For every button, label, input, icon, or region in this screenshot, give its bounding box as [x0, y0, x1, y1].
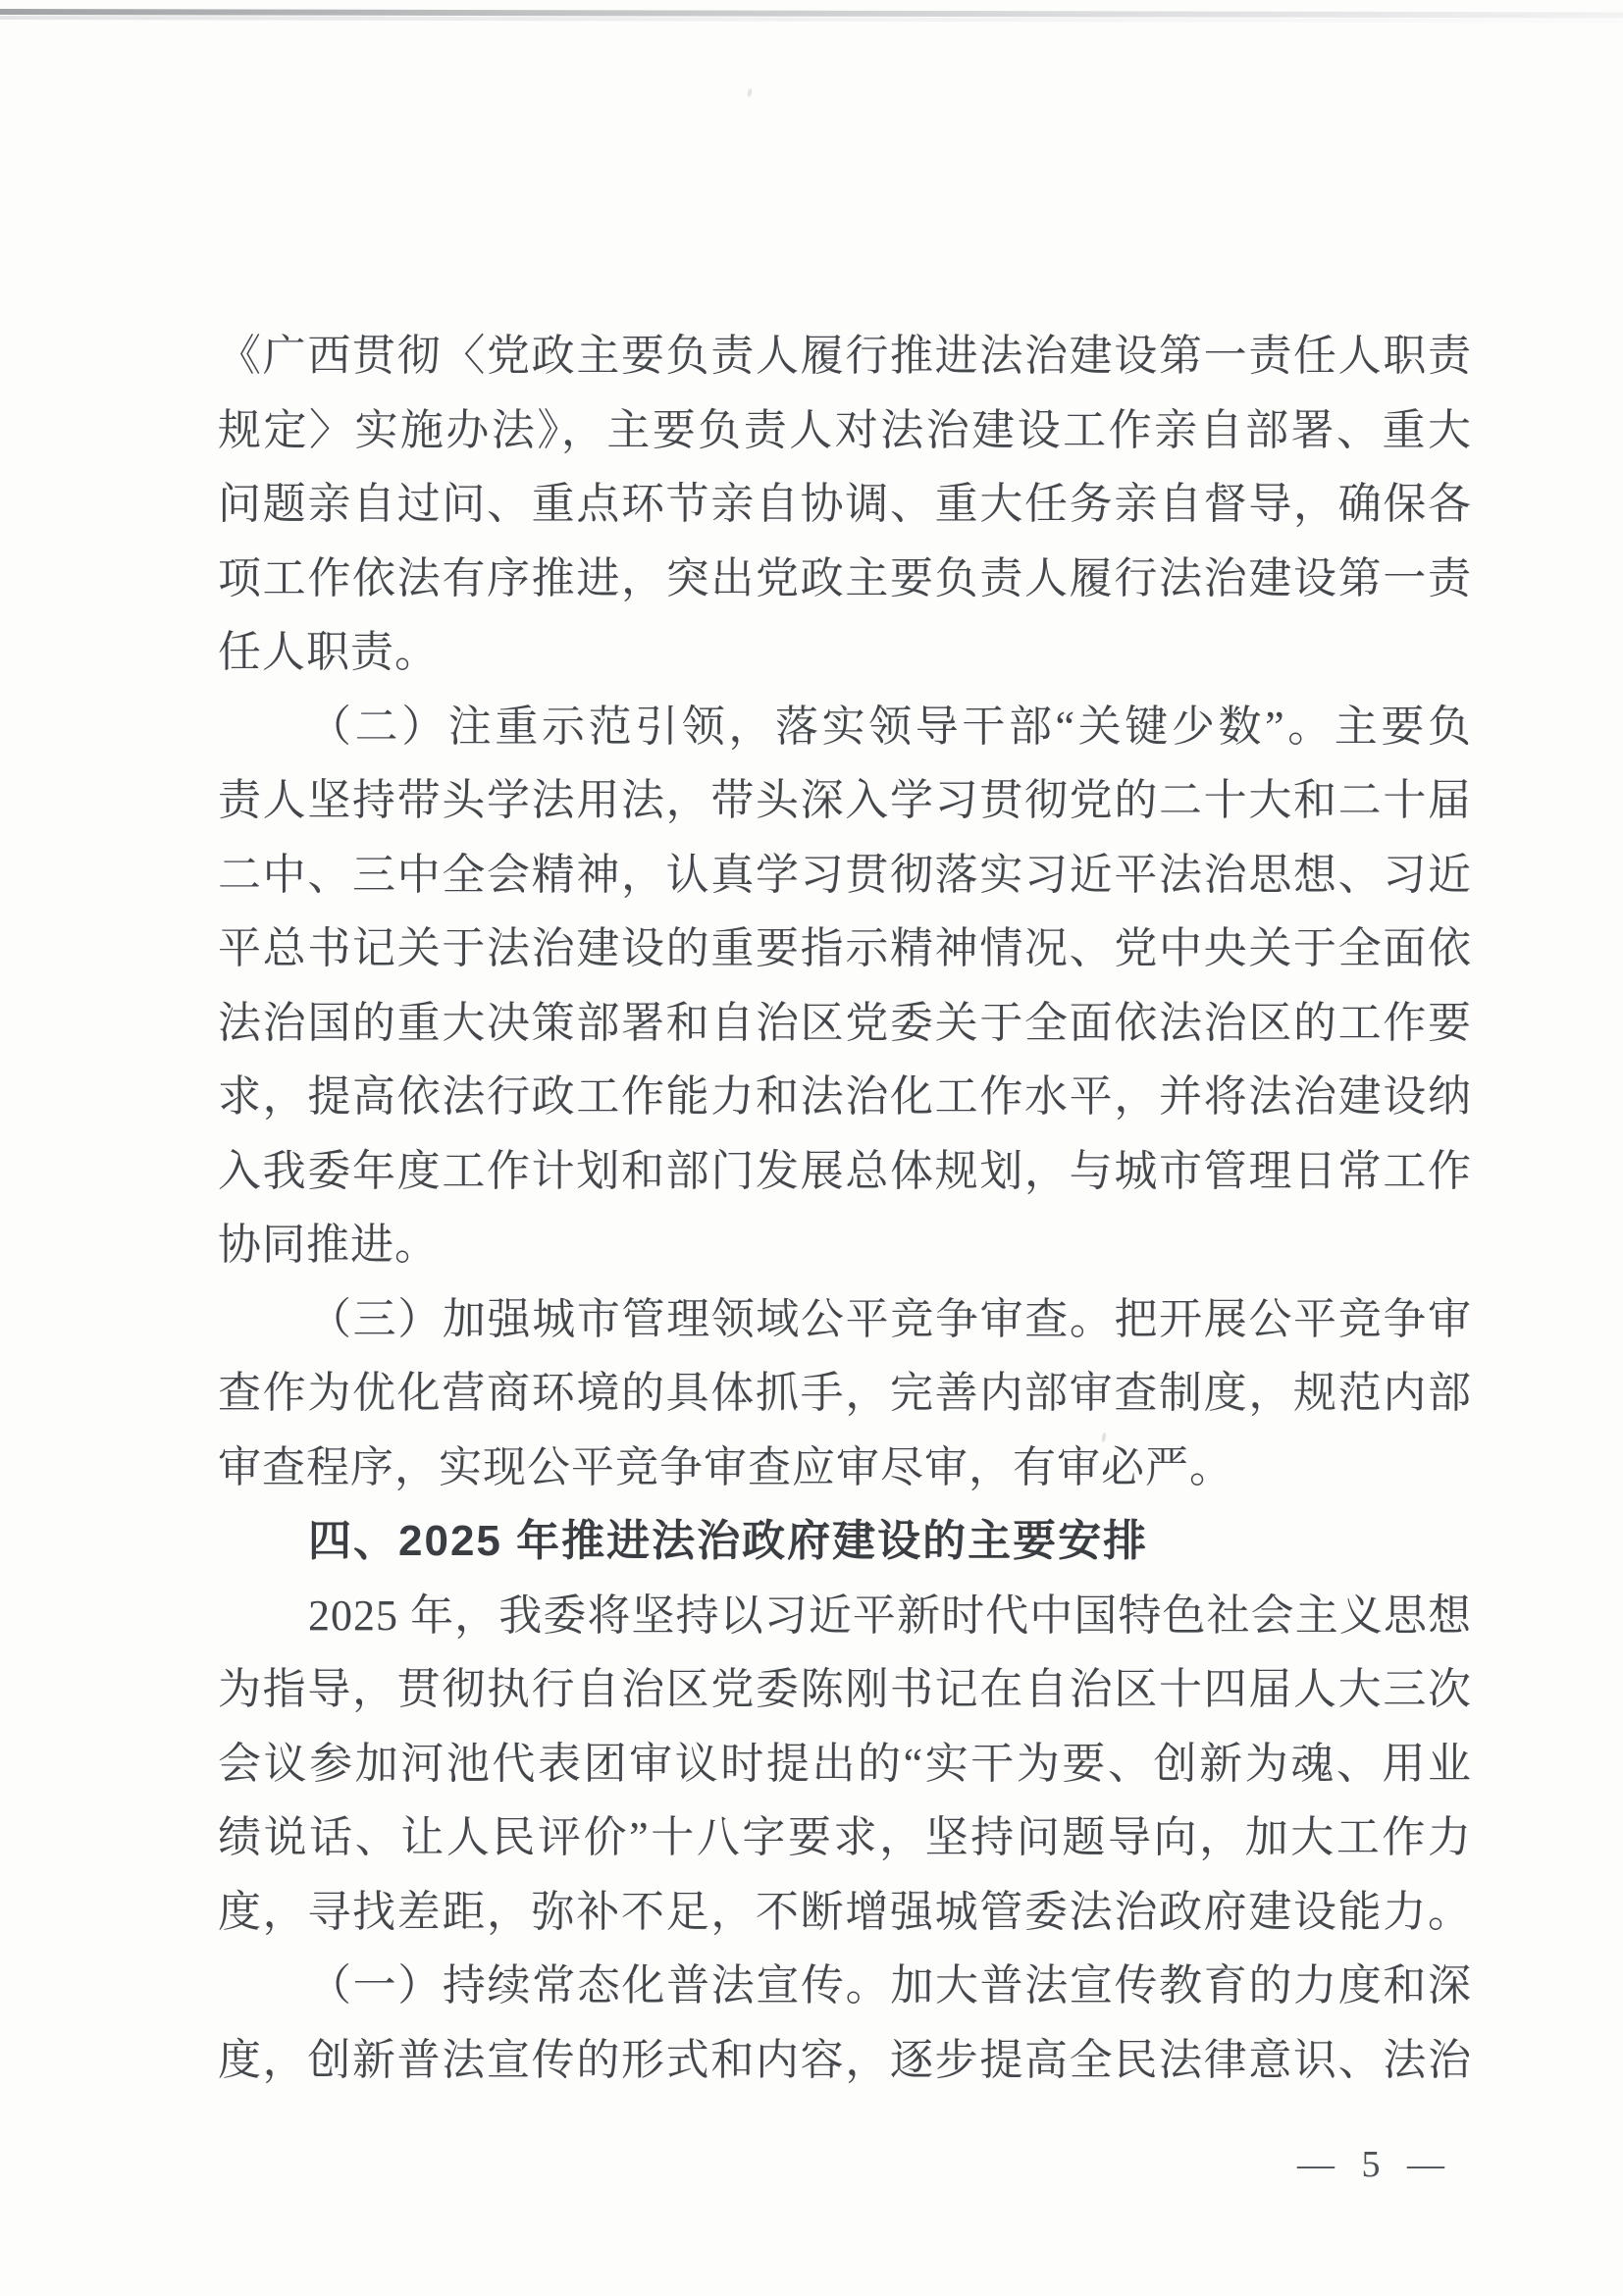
text-line: 《广西贯彻〈党政主要负责人履行推进法治建设第一责任人职责: [218, 319, 1472, 393]
text-line: 二中、三中全会精神，认真学习贯彻落实习近平法治思想、习近: [218, 838, 1472, 913]
text-line: 任人职责。: [218, 615, 1472, 690]
text-line: 规定〉实施办法》，主要负责人对法治建设工作亲自部署、重大: [218, 393, 1472, 468]
text-line-paragraph-start: （一）持续常态化普法宣传。加大普法宣传教育的力度和深: [218, 1949, 1472, 2023]
text-line-paragraph-start: （三）加强城市管理领域公平竞争审查。把开展公平竞争审: [218, 1282, 1472, 1357]
text-line: 平总书记关于法治建设的重要指示精神情况、党中央关于全面依: [218, 912, 1472, 986]
text-line-paragraph-start: 2025 年，我委将坚持以习近平新时代中国特色社会主义思想: [218, 1579, 1472, 1653]
scanned-document-page: 《广西贯彻〈党政主要负责人履行推进法治建设第一责任人职责 规定〉实施办法》，主要…: [0, 0, 1623, 2296]
text-line: 问题亲自过问、重点环节亲自协调、重大任务亲自督导，确保各: [218, 467, 1472, 542]
text-line: 度，创新普法宣传的形式和内容，逐步提高全民法律意识、法治: [218, 2023, 1472, 2098]
section-heading: 四、2025 年推进法治政府建设的主要安排: [218, 1504, 1472, 1579]
text-line: 责人坚持带头学法用法，带头深入学习贯彻党的二十大和二十届: [218, 763, 1472, 838]
document-body: 《广西贯彻〈党政主要负责人履行推进法治建设第一责任人职责 规定〉实施办法》，主要…: [218, 319, 1472, 2097]
text-line: 绩说话、让人民评价”十八字要求，坚持问题导向，加大工作力: [218, 1800, 1472, 1875]
text-line: 协同推进。: [218, 1208, 1472, 1282]
text-line-paragraph-start: （二）注重示范引领，落实领导干部“关键少数”。主要负: [218, 690, 1472, 764]
text-line: 为指导，贯彻执行自治区党委陈刚书记在自治区十四届人大三次: [218, 1652, 1472, 1727]
text-line: 查作为优化营商环境的具体抓手，完善内部审查制度，规范内部: [218, 1356, 1472, 1431]
text-line: 会议参加河池代表团审议时提出的“实干为要、创新为魂、用业: [218, 1727, 1472, 1801]
text-line: 入我委年度工作计划和部门发展总体规划，与城市管理日常工作: [218, 1134, 1472, 1209]
text-line: 度，寻找差距，弥补不足，不断增强城管委法治政府建设能力。: [218, 1875, 1472, 1950]
text-line: 项工作依法有序推进，突出党政主要负责人履行法治建设第一责: [218, 542, 1472, 616]
text-line: 求，提高依法行政工作能力和法治化工作水平，并将法治建设纳: [218, 1060, 1472, 1134]
text-line: 法治国的重大决策部署和自治区党委关于全面依法治区的工作要: [218, 986, 1472, 1061]
page-number: — 5 —: [1297, 2141, 1474, 2188]
text-line: 审查程序，实现公平竞争审查应审尽审，有审必严。: [218, 1431, 1472, 1505]
scan-speck: [747, 88, 753, 98]
